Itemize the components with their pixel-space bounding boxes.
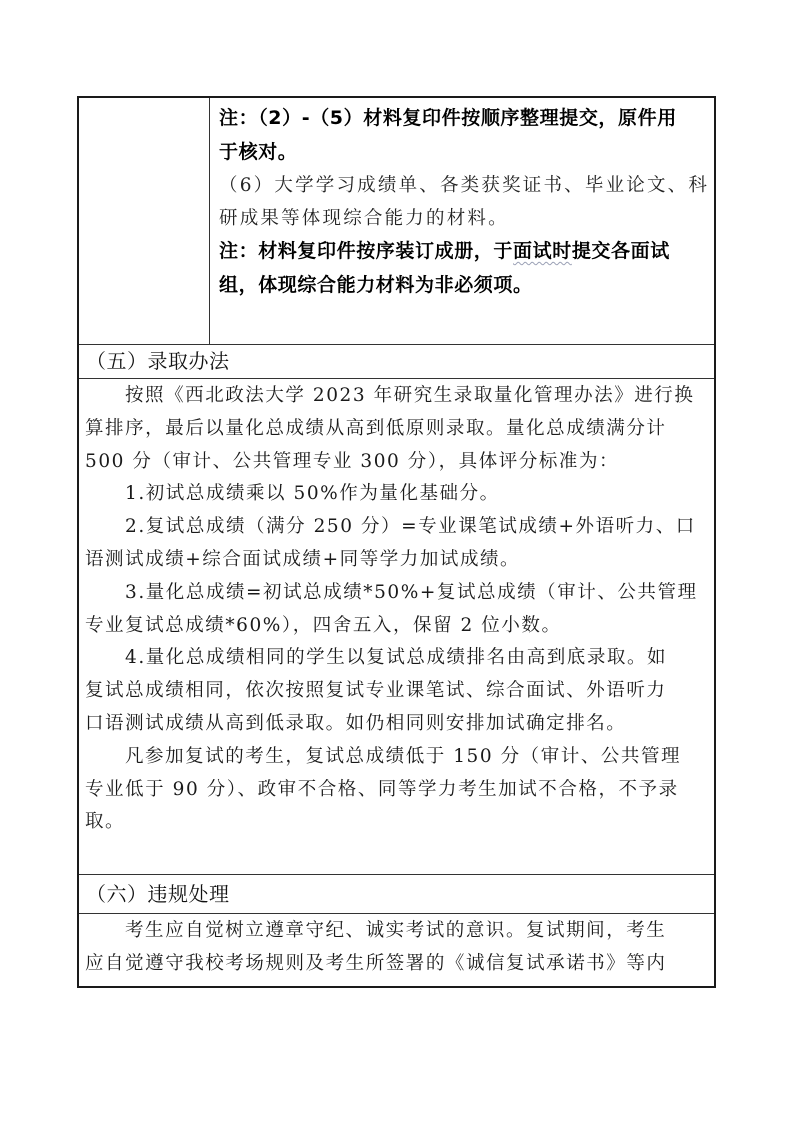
section-6-heading-row: （六）违规处理 bbox=[79, 875, 714, 914]
s5-p5-line-2: 复试总成绩相同，依次按照复试专业课笔试、综合面试、外语听力 bbox=[85, 675, 708, 708]
note-binding-line-1: 注：材料复印件按序装订成册，于面试时提交各面试 bbox=[219, 235, 708, 269]
grammar-underlined-text: 面试时 bbox=[513, 240, 572, 262]
s5-p4-line-1: 3.量化总成绩=初试总成绩*50%+复试总成绩（审计、公共管理 bbox=[85, 577, 708, 610]
section-6-heading: （六）违规处理 bbox=[79, 875, 714, 913]
note-binding-text-b: 提交各面试 bbox=[572, 240, 670, 262]
section-6-body: 考生应自觉树立遵章守纪、诚实考试的意识。复试期间，考生 应自觉遵守我校考场规则及… bbox=[79, 914, 714, 988]
materials-content-cell: 注：（2）-（5）材料复印件按顺序整理提交，原件用 于核对。 （6）大学学习成绩… bbox=[210, 98, 714, 344]
note-binding-line-2: 组，体现综合能力材料为非必须项。 bbox=[219, 269, 708, 303]
s6-p1-line-2: 应自觉遵守我校考场规则及考生所签署的《诚信复试承诺书》等内 bbox=[85, 948, 708, 981]
note-binding-text-a: 注：材料复印件按序装订成册，于 bbox=[219, 240, 513, 262]
note-materials-order-line-2: 于核对。 bbox=[219, 136, 708, 170]
s5-p1-line-3: 500 分（审计、公共管理专业 300 分），具体评分标准为： bbox=[85, 446, 708, 479]
s5-p5-line-1: 4.量化总成绩相同的学生以复试总成绩排名由高到底录取。如 bbox=[85, 642, 708, 675]
s5-p1-line-1: 按照《西北政法大学 2023 年研究生录取量化管理办法》进行换 bbox=[85, 380, 708, 413]
s5-p6-line-1: 凡参加复试的考生，复试总成绩低于 150 分（审计、公共管理 bbox=[85, 741, 708, 774]
s5-paragraph-6: 凡参加复试的考生，复试总成绩低于 150 分（审计、公共管理 专业低于 90 分… bbox=[85, 741, 708, 839]
materials-row: 注：（2）-（5）材料复印件按顺序整理提交，原件用 于核对。 （6）大学学习成绩… bbox=[79, 98, 714, 345]
s5-paragraph-2: 1.初试总成绩乘以 50%作为量化基础分。 bbox=[85, 478, 708, 511]
item-6-line-2: 研成果等体现综合能力的材料。 bbox=[219, 202, 708, 235]
note-materials-order-line-1: 注：（2）-（5）材料复印件按顺序整理提交，原件用 bbox=[219, 102, 708, 136]
s5-p1-line-2: 算排序，最后以量化总成绩从高到低原则录取。量化总成绩满分计 bbox=[85, 413, 708, 446]
document-table: 注：（2）-（5）材料复印件按顺序整理提交，原件用 于核对。 （6）大学学习成绩… bbox=[77, 96, 716, 988]
item-6-line-1: （6）大学学习成绩单、各类获奖证书、毕业论文、科 bbox=[219, 169, 708, 202]
s5-p5-line-3: 口语测试成绩从高到低录取。如仍相同则安排加试确定排名。 bbox=[85, 708, 708, 741]
s5-p4-line-2: 专业复试总成绩*60%），四舍五入，保留 2 位小数。 bbox=[85, 610, 708, 643]
section-5-heading-row: （五）录取办法 bbox=[79, 345, 714, 379]
section-5-heading: （五）录取办法 bbox=[79, 345, 714, 378]
s5-paragraph-3: 2.复试总成绩（满分 250 分）=专业课笔试成绩+外语听力、口 语测试成绩+综… bbox=[85, 511, 708, 577]
s5-paragraph-5: 4.量化总成绩相同的学生以复试总成绩排名由高到底录取。如 复试总成绩相同，依次按… bbox=[85, 642, 708, 740]
s5-p3-line-1: 2.复试总成绩（满分 250 分）=专业课笔试成绩+外语听力、口 bbox=[85, 511, 708, 544]
s5-p6-line-2: 专业低于 90 分）、政审不合格、同等学力考生加试不合格，不予录 bbox=[85, 774, 708, 807]
s6-p1-line-1: 考生应自觉树立遵章守纪、诚实考试的意识。复试期间，考生 bbox=[85, 915, 708, 948]
materials-label-cell bbox=[79, 98, 210, 344]
section-5-body: 按照《西北政法大学 2023 年研究生录取量化管理办法》进行换 算排序，最后以量… bbox=[79, 379, 714, 875]
s6-paragraph-1: 考生应自觉树立遵章守纪、诚实考试的意识。复试期间，考生 应自觉遵守我校考场规则及… bbox=[85, 915, 708, 981]
s5-paragraph-4: 3.量化总成绩=初试总成绩*50%+复试总成绩（审计、公共管理 专业复试总成绩*… bbox=[85, 577, 708, 643]
s5-p3-line-2: 语测试成绩+综合面试成绩+同等学力加试成绩。 bbox=[85, 544, 708, 577]
s5-paragraph-1: 按照《西北政法大学 2023 年研究生录取量化管理办法》进行换 算排序，最后以量… bbox=[85, 380, 708, 478]
s5-p2-line-1: 1.初试总成绩乘以 50%作为量化基础分。 bbox=[85, 478, 708, 511]
s5-p6-line-3: 取。 bbox=[85, 806, 708, 839]
